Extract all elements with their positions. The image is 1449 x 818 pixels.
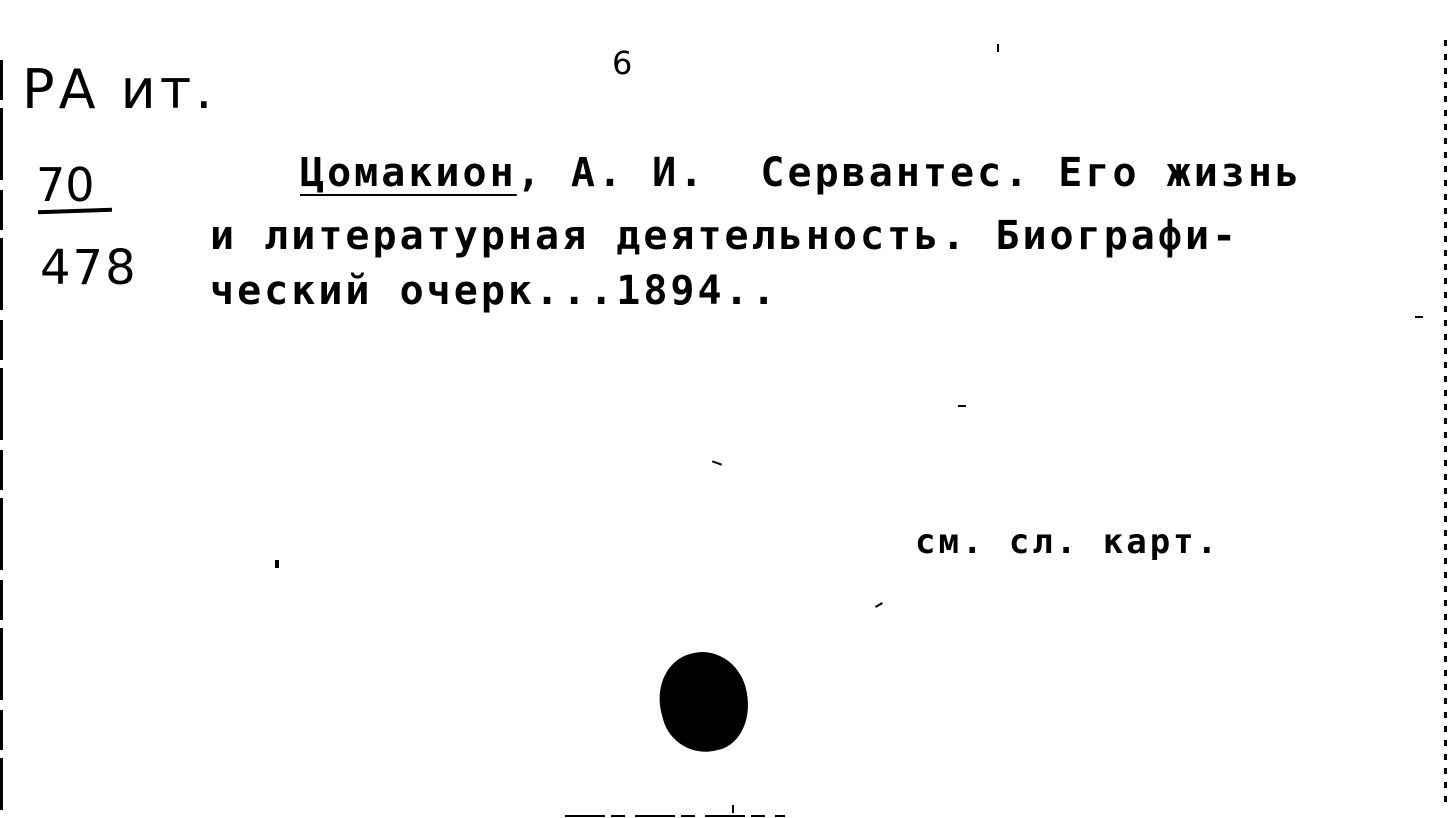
- card-number: 6: [612, 44, 632, 82]
- entry-heading-line: Цомакион, А. И. Сервантес. Его жизнь: [300, 150, 1302, 196]
- collection-mark: РА ит.: [22, 58, 216, 121]
- scan-speck: [958, 405, 966, 407]
- card-right-edge: [1444, 40, 1447, 810]
- card-left-edge: [0, 60, 3, 810]
- title-line-2: и литературная деятельность. Биографи-: [210, 213, 1239, 259]
- author-initials: , А. И.: [517, 150, 707, 196]
- card-bottom-edge: [565, 815, 785, 817]
- scan-speck: [875, 602, 883, 608]
- author-name: Цомакион: [300, 150, 517, 196]
- punch-hole: [649, 642, 760, 761]
- see-also-note: см. сл. карт.: [915, 522, 1220, 562]
- scan-speck: [275, 560, 279, 568]
- title-line-3: ческий очерк...1894..: [210, 268, 779, 314]
- shelf-mark-top: 70: [36, 158, 95, 212]
- shelf-mark-bottom: 478: [40, 240, 138, 296]
- scan-speck: [712, 460, 722, 465]
- scan-speck: [997, 44, 999, 52]
- scan-speck: [732, 805, 734, 813]
- catalog-card: РА ит. 70 478 6 Цомакион, А. И. Серванте…: [0, 0, 1449, 818]
- title-line-1: Сервантес. Его жизнь: [760, 150, 1302, 196]
- scan-speck: [1415, 316, 1423, 318]
